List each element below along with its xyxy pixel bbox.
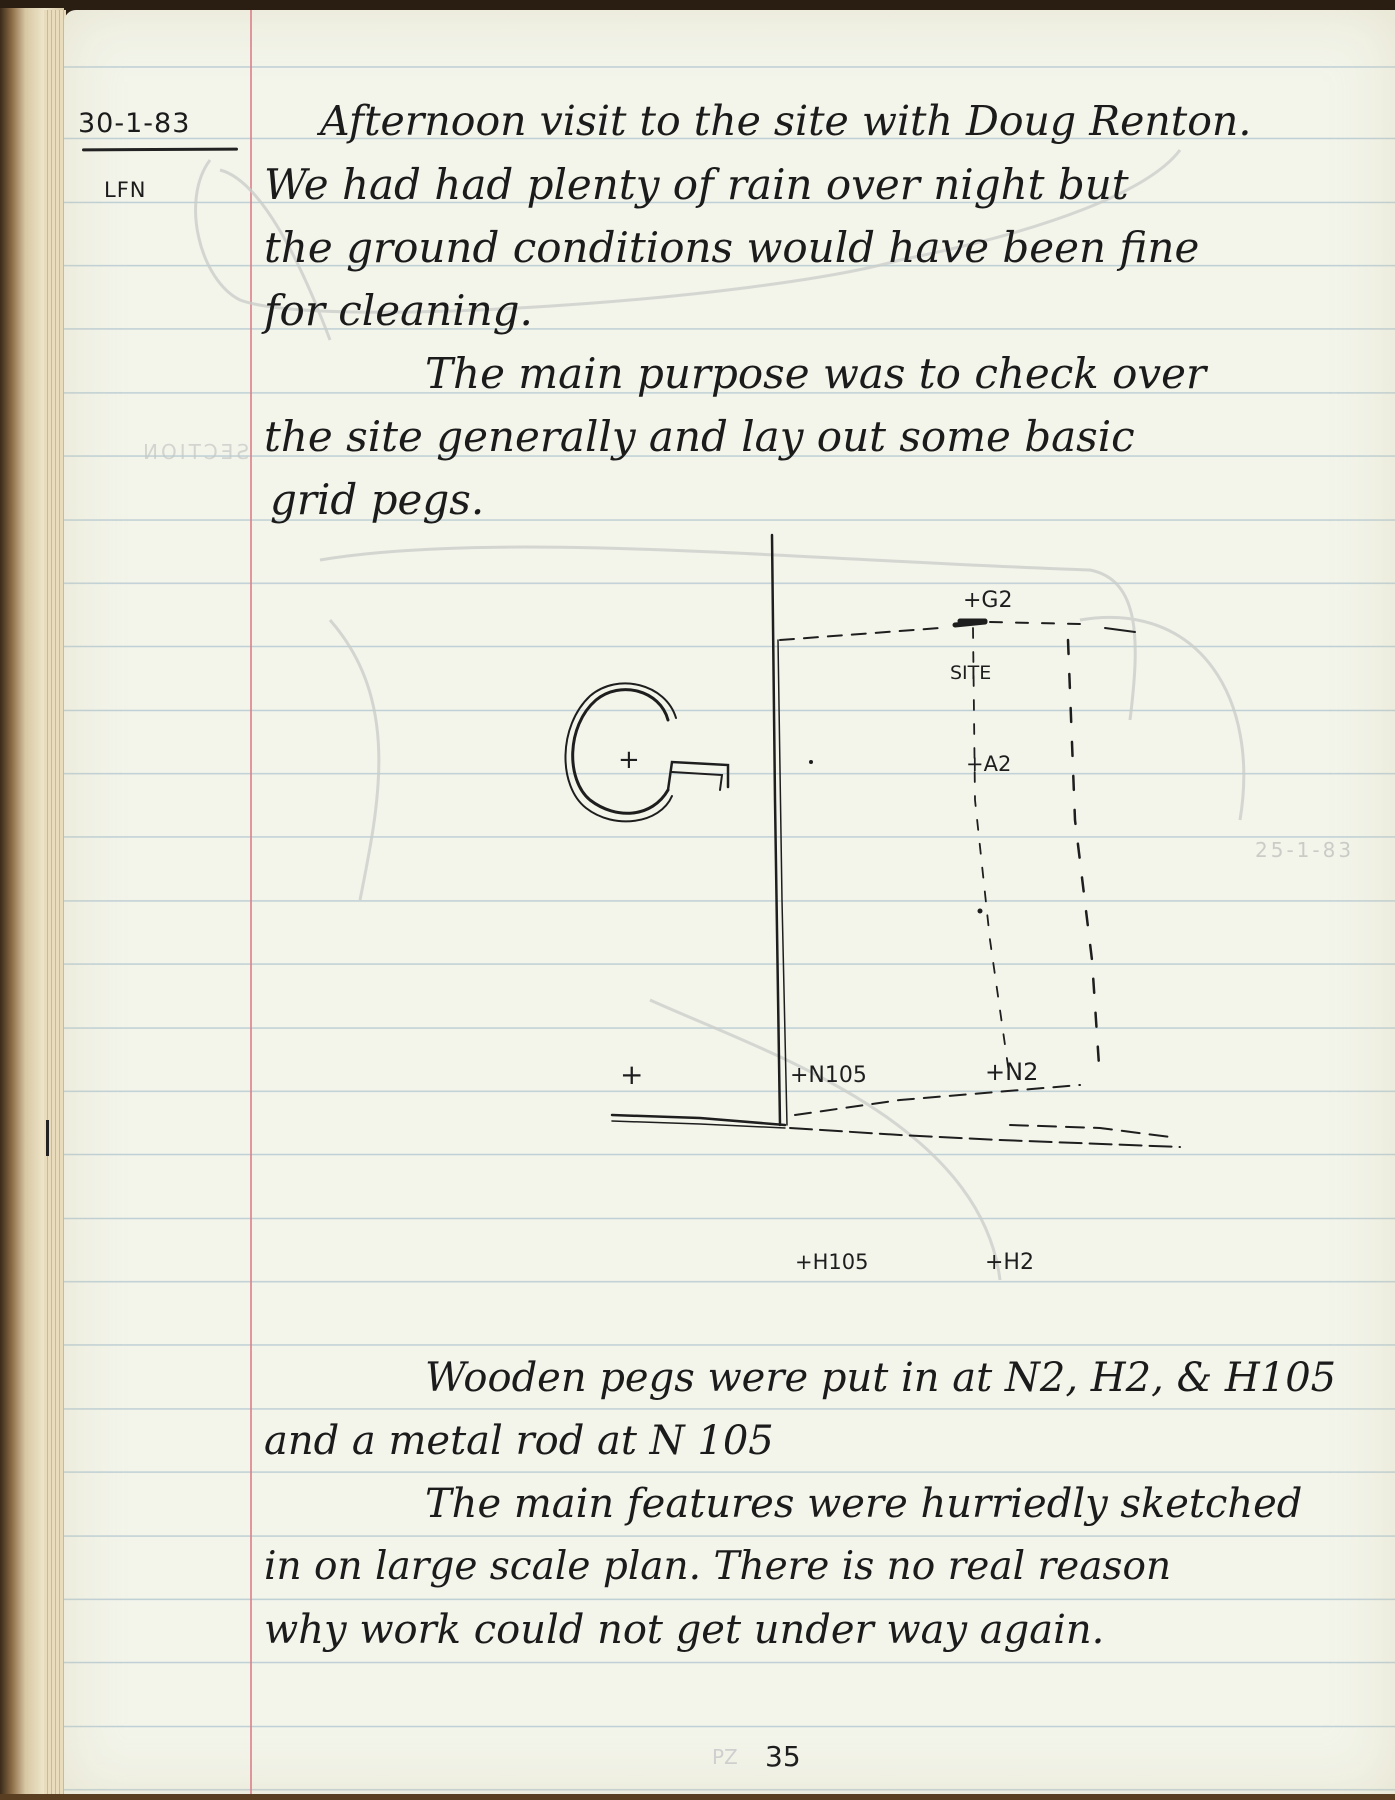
label-site: SITE (950, 662, 991, 684)
text-line: grid pegs. (270, 479, 484, 521)
text-line: in on large scale plan. There is no real… (264, 1547, 1171, 1586)
entry-date: 30-1-83 (78, 108, 190, 139)
label-n105: +N105 (790, 1063, 867, 1088)
label-h2: +H2 (985, 1250, 1034, 1275)
text-line: the site generally and lay out some basi… (264, 416, 1135, 458)
text-line: why work could not get under way again. (264, 1610, 1104, 1650)
text-line: Afternoon visit to the site with Doug Re… (320, 101, 1251, 142)
left-peg-mark: + (620, 1058, 643, 1091)
page-mark-ghost: PZ (712, 1745, 738, 1769)
margin-rule (250, 10, 252, 1796)
text-line: The main purpose was to check over (425, 353, 1206, 395)
label-g2: +G2 (963, 588, 1012, 613)
notebook-page (64, 10, 1395, 1796)
bleed-through-date: 25-1-83 (1255, 838, 1354, 862)
bleed-through-heading: SECTION (140, 440, 249, 464)
author-initials: LFN (104, 178, 147, 202)
label-a2: +A2 (966, 752, 1011, 776)
page-number: 35 (765, 1740, 801, 1773)
page-edges (44, 10, 66, 1800)
label-h105: +H105 (795, 1250, 868, 1274)
text-line: Wooden pegs were put in at N2, H2, & H10… (425, 1358, 1336, 1398)
label-n2: +N2 (985, 1058, 1038, 1086)
edge-mark (46, 1120, 49, 1156)
text-line: We had had plenty of rain over night but (264, 164, 1129, 206)
text-line: and a metal rod at N 105 (264, 1421, 774, 1461)
text-line: the ground conditions would have been fi… (264, 227, 1199, 269)
cover-edge (0, 1794, 1395, 1800)
text-line: The main features were hurriedly sketche… (425, 1484, 1302, 1524)
text-line: for cleaning. (264, 290, 533, 332)
circle-centre-mark: + (618, 745, 640, 775)
